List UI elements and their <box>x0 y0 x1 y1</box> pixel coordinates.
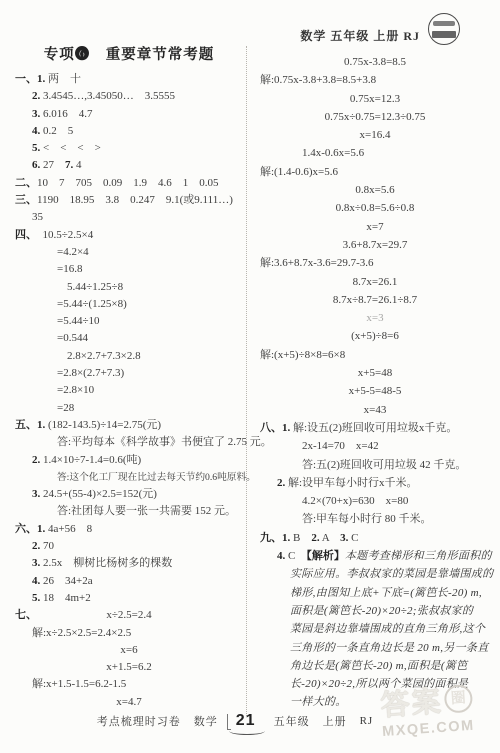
line-text: 4.2×(70+x)=630 x=80 <box>302 495 408 507</box>
answer-line: 解:(x+5)÷8×8=6×8 <box>260 346 490 364</box>
answer-line: 解:x÷2.5×2.5=2.4×2.5 <box>15 625 243 642</box>
line-text: 0.8x÷0.8=5.6÷0.8 <box>336 202 415 214</box>
answer-line: 3. 6.016 4.7 <box>15 106 243 123</box>
line-text: 面积是(篱笆长-20)×20÷2;张叔叔家的 <box>290 605 473 617</box>
line-text: (x+5)÷8=6 <box>351 330 399 342</box>
answer-line: 2. 1.4×10÷7-1.4=0.6(吨) <box>15 452 243 469</box>
line-text: 24.5+(55-4)×2.5=152(元) <box>40 488 157 500</box>
answer-line: =0.544 <box>15 330 243 347</box>
answer-line: 答:这个化工厂现在比过去每天节约0.6吨原料。 <box>15 469 243 486</box>
item-number: 六、1. <box>15 523 45 535</box>
answer-line: 6. 27 7. 4 <box>15 157 243 174</box>
watermark-circle-icon: 圈 <box>443 683 473 713</box>
line-text: 答:社团每人要一张一共需要 152 元。 <box>57 505 236 517</box>
line-text: =5.44÷(1.25×8) <box>57 298 127 310</box>
item-number: 四、 <box>15 229 32 241</box>
answer-line: 1.4x-0.6x=5.6 <box>260 144 490 162</box>
answer-line: 九、1. B 2. A 3. C <box>260 529 490 547</box>
item-number: 一、1. <box>15 73 45 85</box>
answer-line: (x+5)÷8=6 <box>260 327 490 345</box>
answer-line: 4. C 【解析】本题考查梯形和三角形面积的 <box>260 547 490 565</box>
line-text: 答:五(2)班回收可用垃圾 42 千克。 <box>302 459 466 471</box>
line-text: =5.44÷10 <box>57 315 100 327</box>
line-text: 2.8×2.7+7.3×2.8 <box>67 350 141 362</box>
line-text: x÷2.5=2.4 <box>106 609 151 621</box>
answer-line: 答:平均每本《科学故事》书便宜了 2.75 元。 <box>15 434 243 451</box>
line-text: 两 十 <box>45 73 81 85</box>
line-text: B <box>290 532 311 544</box>
line-text: 3.6+8.7x=29.7 <box>343 239 408 251</box>
answer-line: =5.44÷(1.25×8) <box>15 296 243 313</box>
line-text: 一样大的。 <box>290 696 347 708</box>
line-text: 0.2 5 <box>40 125 73 137</box>
footer-volume: 上册 <box>323 713 347 729</box>
left-column: 专项❻ 重要章节常考题 一、1. 两 十2. 3.4545…,3.45050… … <box>15 44 243 711</box>
answer-line: =28 <box>15 400 243 417</box>
item-number: 七、 <box>15 607 37 624</box>
line-text: 角边长是(篱笆长-20) m,面积是(篱笆 <box>290 660 467 672</box>
answer-line: x+5=48 <box>260 364 490 382</box>
answer-line: 2. 3.4545…,3.45050… 3.5555 <box>15 88 243 105</box>
item-number: 五、1. <box>15 419 45 431</box>
answer-line: 35 <box>15 209 243 226</box>
item-number: 4. <box>32 575 40 587</box>
left-answer-lines: 一、1. 两 十2. 3.4545…,3.45050… 3.55553. 6.0… <box>15 71 243 711</box>
answer-line: =2.8×(2.7+7.3) <box>15 365 243 382</box>
line-text: 0.75x-3.8=8.5 <box>344 56 406 68</box>
page-number: 21 <box>231 712 261 730</box>
line-text: =0.544 <box>57 332 88 344</box>
line-text: 18 4m+2 <box>40 592 91 604</box>
line-text: 6.016 4.7 <box>40 108 92 120</box>
answer-line: 3. 2.5x 柳树比杨树多的棵数 <box>15 555 243 572</box>
item-number: 八、1. <box>260 422 290 434</box>
column-divider <box>246 46 247 716</box>
footer-subject: 数学 <box>194 713 218 729</box>
answer-line: =16.8 <box>15 261 243 278</box>
line-text: 解:(x+5)÷8×8=6×8 <box>260 349 345 361</box>
line-text: 0.75x=12.3 <box>350 93 400 105</box>
workbook-answer-page: 数学 五年级 上册 RJ 专项❻ 重要章节常考题 一、1. 两 十2. 3.45… <box>0 0 500 753</box>
item-number: 2. <box>32 90 40 102</box>
item-number: 3. <box>32 108 40 120</box>
answer-line: 解:3.6+8.7x-3.6=29.7-3.6 <box>260 254 490 272</box>
item-number: 九、1. <box>260 532 290 544</box>
item-number: 3. <box>32 557 40 569</box>
answer-line: 解:0.75x-3.8+3.8=8.5+3.8 <box>260 71 490 89</box>
answer-line: 8.7x÷8.7=26.1÷8.7 <box>260 291 490 309</box>
line-text: 1.4×10÷7-1.4=0.6(吨) <box>40 454 141 466</box>
answer-line: 三、1190 18.95 3.8 0.247 9.1(或9.111…) <box>15 192 243 209</box>
answer-line: 0.75x-3.8=8.5 <box>260 53 490 71</box>
line-text: 0.8x=5.6 <box>355 184 394 196</box>
answer-line: x=7 <box>260 218 490 236</box>
answer-line: 五、1. (182-143.5)÷14=2.75(元) <box>15 417 243 434</box>
answer-line: x+1.5=6.2 <box>15 659 243 676</box>
answer-line: 2.8×2.7+7.3×2.8 <box>15 348 243 365</box>
item-number: 4. <box>277 550 285 562</box>
line-text: x+5-5=48-5 <box>349 385 402 397</box>
line-text: C <box>285 550 306 562</box>
watermark-text: 答案 <box>379 679 444 724</box>
line-text: A <box>320 532 340 544</box>
answer-line: 3.6+8.7x=29.7 <box>260 236 490 254</box>
answer-line: 0.75x÷0.75=12.3÷0.75 <box>260 108 490 126</box>
answer-line: 2x-14=70 x=42 <box>260 437 490 455</box>
answer-line: 面积是(篱笆长-20)×20÷2;张叔叔家的 <box>260 602 490 620</box>
line-text: 答:这个化工厂现在比过去每天节约0.6吨原料。 <box>57 472 256 483</box>
answer-line: x=6 <box>15 642 243 659</box>
answer-line: 四、 10.5÷2.5×4 <box>15 227 243 244</box>
answer-line: 一、1. 两 十 <box>15 71 243 88</box>
answer-line: 2. 70 <box>15 538 243 555</box>
line-text: 2x-14=70 x=42 <box>302 440 379 452</box>
answer-line: x+5-5=48-5 <box>260 382 490 400</box>
answer-line: x=16.4 <box>260 126 490 144</box>
line-text: =2.8×(2.7+7.3) <box>57 367 124 379</box>
footer-grade: 五年级 <box>274 713 310 729</box>
line-text: x=3 <box>366 312 383 324</box>
right-column: 0.75x-3.8=8.5解:0.75x-3.8+3.8=8.5+3.80.75… <box>260 53 490 712</box>
answer-line: 答:甲车每小时行 80 千米。 <box>260 510 490 528</box>
answer-line: 二、10 7 705 0.09 1.9 4.6 1 0.05 <box>15 175 243 192</box>
line-text: 27 <box>40 159 65 171</box>
line-text: 8.7x÷8.7=26.1÷8.7 <box>333 294 417 306</box>
item-number: 5. <box>32 142 40 154</box>
line-text: =28 <box>57 402 74 414</box>
item-number: 三、 <box>15 194 37 206</box>
line-text: 3.4545…,3.45050… 3.5555 <box>40 90 175 102</box>
line-text: =16.8 <box>57 263 82 275</box>
answer-line: 六、1. 4a+56 8 <box>15 521 243 538</box>
answer-line: 八、1. 解:设五(2)班回收可用垃圾x千克。 <box>260 419 490 437</box>
answer-line: 实际应用。李叔叔家的菜园是靠墙围成的 <box>260 565 490 583</box>
line-text: 5.44÷1.25÷8 <box>67 281 123 293</box>
publisher-stamp-icon <box>428 13 460 45</box>
answer-line: 菜园是斜边靠墙围成的直角三角形,这个 <box>260 620 490 638</box>
line-text: 解:(1.4-0.6)x=5.6 <box>260 166 338 178</box>
answer-line: 5. < < < > <box>15 140 243 157</box>
answer-line: 三角形的一条直角边长是 20 m,另一条直 <box>260 639 490 657</box>
line-text: 梯形,由图知上底+下底=(篱笆长-20) m, <box>290 587 482 599</box>
answer-line: 梯形,由图知上底+下底=(篱笆长-20) m, <box>260 584 490 602</box>
page-header-title: 数学 五年级 上册 RJ <box>300 27 420 44</box>
line-text: 本题考查梯形和三角形面积的 <box>345 550 492 562</box>
right-answer-lines: 0.75x-3.8=8.5解:0.75x-3.8+3.8=8.5+3.80.75… <box>260 53 490 712</box>
answer-line: 七、x÷2.5=2.4 <box>15 607 243 624</box>
item-number: 5. <box>32 592 40 604</box>
item-number: 2. <box>32 454 40 466</box>
item-number: 2. <box>32 540 40 552</box>
answer-line: 3. 24.5+(55-4)×2.5=152(元) <box>15 486 243 503</box>
line-text: 解:x÷2.5×2.5=2.4×2.5 <box>32 627 131 639</box>
item-number: 【解析】 <box>306 550 345 562</box>
line-text: 实际应用。李叔叔家的菜园是靠墙围成的 <box>290 568 493 580</box>
answer-line: 解:x+1.5-1.5=6.2-1.5 <box>15 676 243 693</box>
line-text: 26 34+2a <box>40 575 92 587</box>
line-text: 8.7x=26.1 <box>353 276 398 288</box>
answer-line: 解:(1.4-0.6)x=5.6 <box>260 163 490 181</box>
line-text: x=6 <box>120 644 137 656</box>
answer-line: x=4.7 <box>15 694 243 711</box>
item-number: 二、 <box>15 177 37 189</box>
line-text: 35 <box>32 211 43 223</box>
answer-line: 0.8x÷0.8=5.6÷0.8 <box>260 199 490 217</box>
line-text: x+1.5=6.2 <box>106 661 151 673</box>
answer-line: 答:社团每人要一张一共需要 152 元。 <box>15 503 243 520</box>
section-title: 专项❻ 重要章节常考题 <box>15 44 243 66</box>
item-number: 3. <box>32 488 40 500</box>
line-text: =2.8×10 <box>57 384 94 396</box>
item-number: 7. <box>65 159 73 171</box>
item-number: 2. <box>277 477 285 489</box>
line-text: 2.5x 柳树比杨树多的棵数 <box>40 557 172 569</box>
line-text: 10.5÷2.5×4 <box>32 229 94 241</box>
line-text: 4a+56 8 <box>45 523 92 535</box>
line-text: 解:0.75x-3.8+3.8=8.5+3.8 <box>260 74 376 86</box>
line-text: 1190 18.95 3.8 0.247 9.1(或9.111…) <box>37 194 233 206</box>
answer-line: 0.75x=12.3 <box>260 90 490 108</box>
line-text: 1.4x-0.6x=5.6 <box>302 147 364 159</box>
item-number: 6. <box>32 159 40 171</box>
answer-line: 4.2×(70+x)=630 x=80 <box>260 492 490 510</box>
answer-line: =2.8×10 <box>15 382 243 399</box>
line-text: 三角形的一条直角边长是 20 m,另一条直 <box>290 642 489 654</box>
answer-line: 8.7x=26.1 <box>260 273 490 291</box>
answer-line: x=43 <box>260 401 490 419</box>
line-text: 4 <box>73 159 81 171</box>
line-text: C <box>348 532 358 544</box>
item-number: 4. <box>32 125 40 137</box>
line-text: < < < > <box>40 142 101 154</box>
line-text: 70 <box>40 540 54 552</box>
item-number: 2. <box>311 532 319 544</box>
answer-line: 答:五(2)班回收可用垃圾 42 千克。 <box>260 456 490 474</box>
line-text: 解:设甲车每小时行x千米。 <box>285 477 417 489</box>
line-text: 解:3.6+8.7x-3.6=29.7-3.6 <box>260 257 374 269</box>
answer-line: 4. 26 34+2a <box>15 573 243 590</box>
line-text: (182-143.5)÷14=2.75(元) <box>45 419 161 431</box>
answer-site-watermark: 答案 圈 MXQE.COM <box>360 676 494 742</box>
footer-series: 考点梳理时习卷 <box>97 713 181 729</box>
line-text: 0.75x÷0.75=12.3÷0.75 <box>325 111 426 123</box>
line-text: 解:设五(2)班回收可用垃圾x千克。 <box>290 422 457 434</box>
line-text: 解:x+1.5-1.5=6.2-1.5 <box>32 678 126 690</box>
line-text: x=4.7 <box>116 696 141 708</box>
answer-line: =5.44÷10 <box>15 313 243 330</box>
line-text: 答:平均每本《科学故事》书便宜了 2.75 元。 <box>57 436 272 448</box>
line-text: x=7 <box>366 221 383 233</box>
answer-line: 0.8x=5.6 <box>260 181 490 199</box>
line-text: x=43 <box>364 404 387 416</box>
line-text: 菜园是斜边靠墙围成的直角三角形,这个 <box>290 623 485 635</box>
answer-line: 5.44÷1.25÷8 <box>15 279 243 296</box>
answer-line: 2. 解:设甲车每小时行x千米。 <box>260 474 490 492</box>
line-text: x+5=48 <box>358 367 392 379</box>
line-text: x=16.4 <box>360 129 391 141</box>
line-text: =4.2×4 <box>57 246 89 258</box>
answer-line: 5. 18 4m+2 <box>15 590 243 607</box>
answer-line: x=3 <box>260 309 490 327</box>
line-text: 10 7 705 0.09 1.9 4.6 1 0.05 <box>37 177 219 189</box>
answer-line: =4.2×4 <box>15 244 243 261</box>
answer-line: 角边长是(篱笆长-20) m,面积是(篱笆 <box>260 657 490 675</box>
line-text: 答:甲车每小时行 80 千米。 <box>302 513 432 525</box>
answer-line: 4. 0.2 5 <box>15 123 243 140</box>
